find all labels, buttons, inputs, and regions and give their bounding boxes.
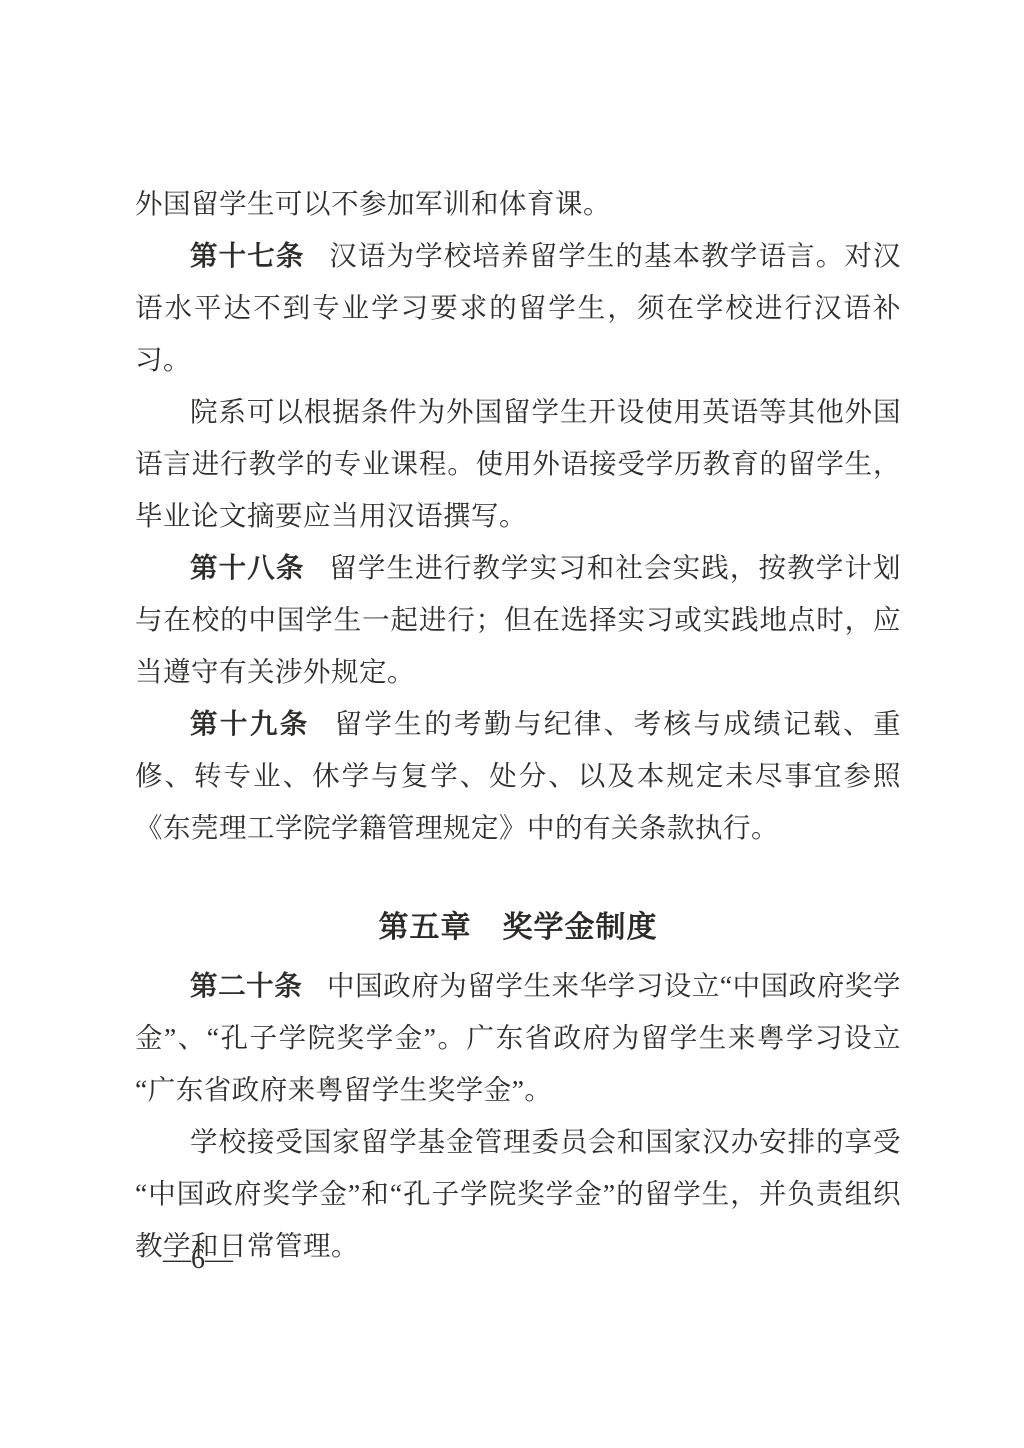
paragraph: 第十八条留学生进行教学实习和社会实践，按教学计划与在校的中国学生一起进行；但在选…: [135, 542, 901, 698]
paragraph: 第十九条留学生的考勤与纪律、考核与成绩记载、重修、转专业、休学与复学、处分、以及…: [135, 698, 901, 854]
paragraph-text: 学校接受国家留学基金管理委员会和国家汉办安排的享受“中国政府奖学金”和“孔子学院…: [135, 1126, 901, 1261]
article-number: 第十八条: [190, 552, 329, 583]
paragraph: 外国留学生可以不参加军训和体育课。: [135, 178, 901, 230]
article-number: 第十七条: [190, 240, 329, 271]
paragraph-text: 院系可以根据条件为外国留学生开设使用英语等其他外国语言进行教学的专业课程。使用外…: [135, 396, 901, 531]
document-content: 外国留学生可以不参加军训和体育课。第十七条汉语为学校培养留学生的基本教学语言。对…: [135, 178, 901, 1272]
paragraph: 院系可以根据条件为外国留学生开设使用英语等其他外国语言进行教学的专业课程。使用外…: [135, 386, 901, 542]
chapter-heading: 第五章 奖学金制度: [135, 902, 901, 954]
paragraph-text: 外国留学生可以不参加军训和体育课。: [135, 188, 611, 219]
article-number: 第二十条: [190, 970, 327, 1001]
paragraph: 学校接受国家留学基金管理委员会和国家汉办安排的享受“中国政府奖学金”和“孔子学院…: [135, 1116, 901, 1272]
document-page: 外国留学生可以不参加军训和体育课。第十七条汉语为学校培养留学生的基本教学语言。对…: [0, 0, 1024, 1448]
paragraph: 第十七条汉语为学校培养留学生的基本教学语言。对汉语水平达不到专业学习要求的留学生…: [135, 230, 901, 386]
page-number: —6—: [163, 1240, 233, 1280]
article-number: 第十九条: [190, 708, 334, 739]
paragraph: 第二十条中国政府为留学生来华学习设立“中国政府奖学金”、“孔子学院奖学金”。广东…: [135, 960, 901, 1116]
